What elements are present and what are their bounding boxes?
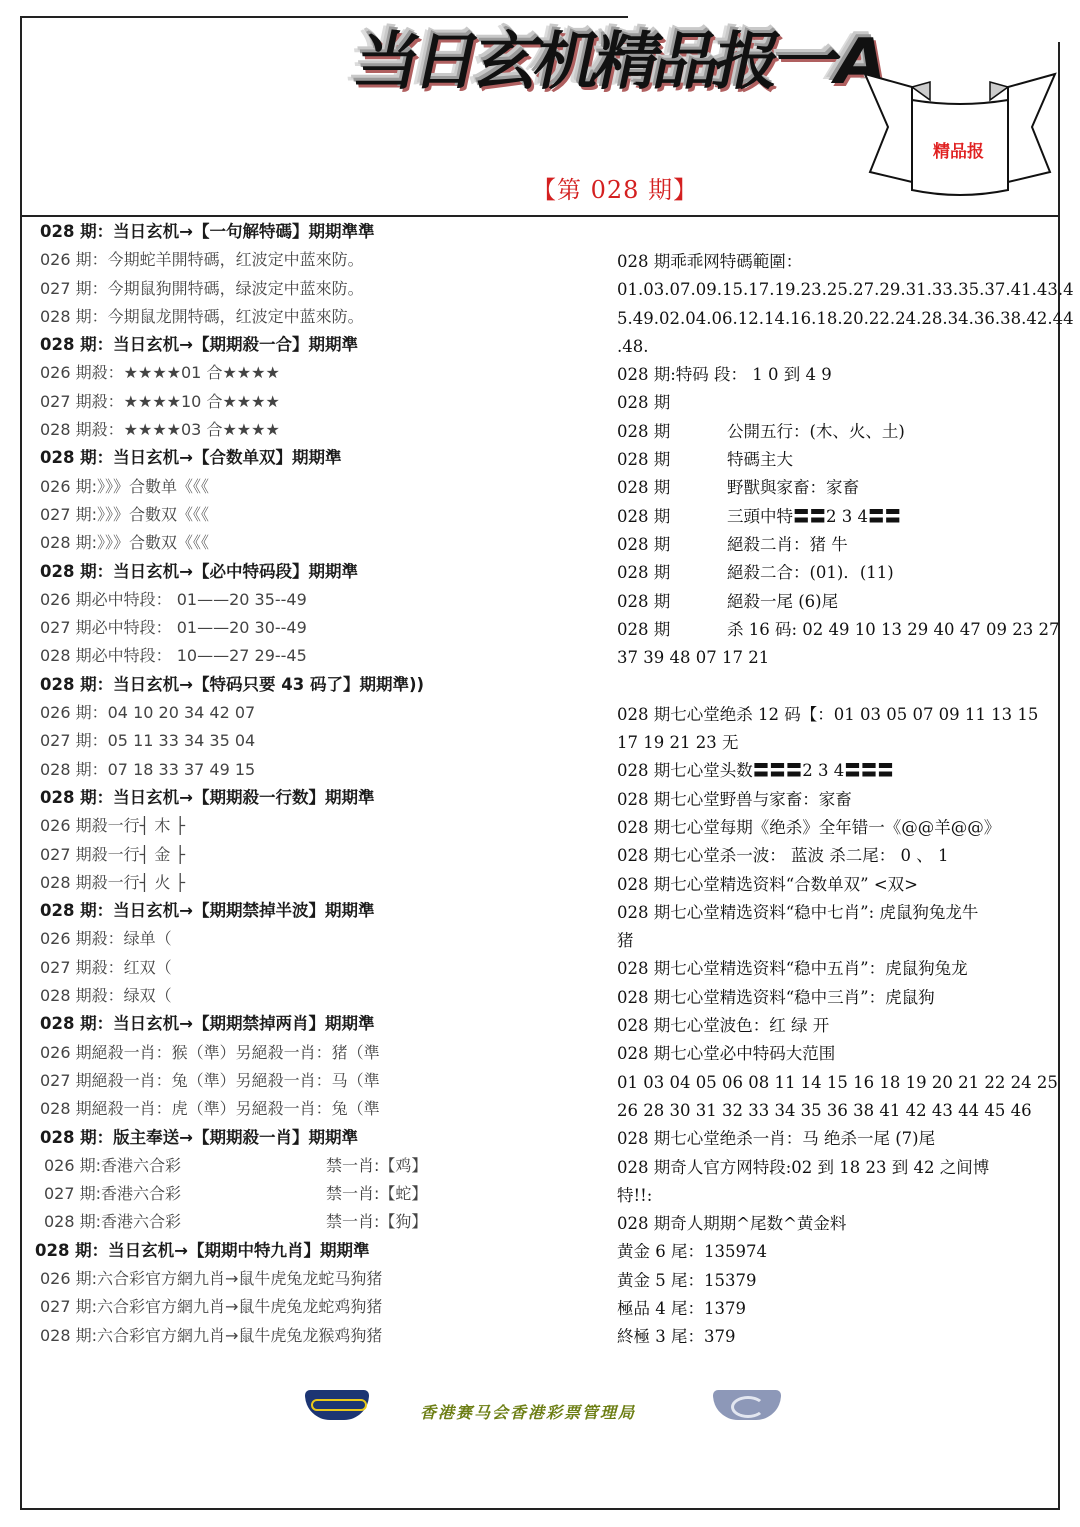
list-item: 027 期：今期鼠狗開特碼，绿波定中蓝來防。 <box>40 275 510 303</box>
footer-text: 香港赛马会香港彩票管理局 <box>420 1400 636 1423</box>
list-item: 026 期殺一行┤ 木 ├ <box>40 812 510 840</box>
item-value: 杀 16 码: 02 49 10 13 29 40 47 09 23 27 <box>727 620 1059 639</box>
list-item: 027 期:香港六合彩禁一肖:【蛇】 <box>40 1180 510 1208</box>
frame-top-border <box>21 16 628 18</box>
right-column: 028 期乖乖网特碼範圍： 01.03.07.09.15.17.19.23.25… <box>617 248 1047 1352</box>
range-line: 01.03.07.09.15.17.19.23.25.27.29.31.33.3… <box>617 276 1047 304</box>
qixin-line: 028 期七心堂头数〓〓〓2 3 4〓〓〓 <box>617 757 1047 785</box>
list-item: 026 期:》》》合數单《《《 <box>40 473 510 501</box>
section-heading: 028 期：当日玄机→【特码只要 43 码了】期期準)) <box>40 671 510 699</box>
section-heading: 028 期：当日玄机→【期期中特九肖】期期準 <box>35 1237 510 1265</box>
row-value: 禁一肖:【狗】 <box>326 1212 427 1231</box>
list-item: 028 期：07 18 33 37 49 15 <box>40 756 510 784</box>
section-43-codes: 028 期：当日玄机→【特码只要 43 码了】期期準)) 026 期：04 10… <box>40 671 510 784</box>
qixin-line: 01 03 04 05 06 08 11 14 15 16 18 19 20 2… <box>617 1069 1047 1097</box>
qixin-line: 028 期七心堂必中特码大范围 <box>617 1040 1047 1068</box>
item-value: 公開五行：(木、火、土) <box>727 422 905 441</box>
period-label: 028 期 <box>617 616 727 644</box>
item-value: 絕殺二合：(01)．(11) <box>727 563 894 582</box>
period-label: 028 期 <box>617 474 727 502</box>
list-item: 027 期殺：红双（ <box>40 954 510 982</box>
row-value: 禁一肖:【蛇】 <box>326 1184 427 1203</box>
list-item: 027 期殺一行┤ 金 ├ <box>40 841 510 869</box>
period-label: 028 期 <box>617 531 727 559</box>
section-heading: 028 期：当日玄机→【期期殺一行数】期期準 <box>40 784 510 812</box>
list-item: 026 期:香港六合彩禁一肖:【鸡】 <box>40 1152 510 1180</box>
list-item: 026 期：今期蛇羊開特碼，红波定中蓝來防。 <box>40 246 510 274</box>
list-item: 026 期殺：绿单（ <box>40 925 510 953</box>
item-value: 三頭中特〓〓2 3 4〓〓 <box>727 507 901 526</box>
list-item: 028 期:六合彩官方網九肖→鼠牛虎兔龙猴鸡狗猪 <box>40 1322 510 1350</box>
qixin-line: 028 期七心堂精选资料“稳中七肖”: 虎鼠狗兔龙牛 <box>617 899 1047 927</box>
frame-bottom-border <box>20 1508 1060 1510</box>
period-label: 028 期 <box>617 588 727 616</box>
row-label: 026 期:香港六合彩 <box>44 1152 326 1180</box>
list-item: 028 期三頭中特〓〓2 3 4〓〓 <box>617 503 1047 531</box>
list-item: 026 期：04 10 20 34 42 07 <box>40 699 510 727</box>
list-item: 027 期殺：★★★★10 合★★★★ <box>40 388 510 416</box>
left-column: 028 期：当日玄机→【一句解特碼】期期準準 026 期：今期蛇羊開特碼，红波定… <box>40 218 510 1350</box>
period-label: 028 期 <box>617 503 727 531</box>
qixin-line: 028 期七心堂野兽与家畜：家畜 <box>617 786 1047 814</box>
section-kill-element: 028 期：当日玄机→【期期殺一行数】期期準 026 期殺一行┤ 木 ├ 027… <box>40 784 510 897</box>
list-item: 027 期必中特段： 01——20 30--49 <box>40 614 510 642</box>
qixin-line: 028 期七心堂绝杀 12 码【：01 03 05 07 09 11 13 15 <box>617 701 1047 729</box>
list-item: 028 期殺：绿双（ <box>40 982 510 1010</box>
list-item: 028 期特碼主大 <box>617 446 1047 474</box>
section-half-wave: 028 期：当日玄机→【期期禁掉半波】期期準 026 期殺：绿单（ 027 期殺… <box>40 897 510 1010</box>
list-item: 028 期必中特段： 10——27 29--45 <box>40 642 510 670</box>
list-item: 028 期杀 16 码: 02 49 10 13 29 40 47 09 23 … <box>617 616 1047 644</box>
list-item: 028 期絕殺二合：(01)．(11) <box>617 559 1047 587</box>
list-item: 026 期絕殺一肖：猴（準）另絕殺一肖：猪（準 <box>40 1039 510 1067</box>
qixin-line: 028 期七心堂每期《绝杀》全年错一《@@羊@@》 <box>617 814 1047 842</box>
gold-line: 極品 4 尾：1379 <box>617 1295 1047 1323</box>
list-item: 027 期：05 11 33 34 35 04 <box>40 727 510 755</box>
qixin-line: 028 期七心堂精选资料“稳中三肖”：虎鼠狗 <box>617 984 1047 1012</box>
section-heading: 028 期：版主奉送→【期期殺一肖】期期準 <box>40 1124 510 1152</box>
row-label: 028 期:香港六合彩 <box>44 1208 326 1236</box>
period-label: 028 期 <box>617 559 727 587</box>
list-item: 026 期:六合彩官方網九肖→鼠牛虎兔龙蛇马狗猪 <box>40 1265 510 1293</box>
section-kill-one-sum: 028 期：当日玄机→【期期殺一合】期期準 026 期殺：★★★★01 合★★★… <box>40 331 510 444</box>
gold-title: 028 期奇人期期^尾数^黄金料 <box>617 1210 1047 1238</box>
list-item: 028 期:香港六合彩禁一肖:【狗】 <box>40 1208 510 1236</box>
item-value: 絕殺二肖：猪 牛 <box>727 535 848 554</box>
segment-line: 028 期:特码 段： 1 0 到 4 9 <box>617 361 1047 389</box>
range-line: .48. <box>617 333 1047 361</box>
list-item: 027 期:六合彩官方網九肖→鼠牛虎兔龙蛇鸡狗猪 <box>40 1293 510 1321</box>
qixin-line: 028 期七心堂精选资料“稳中五肖”：虎鼠狗兔龙 <box>617 955 1047 983</box>
row-label: 027 期:香港六合彩 <box>44 1180 326 1208</box>
qixin-line: 特!!: <box>617 1182 1047 1210</box>
list-item: 028 期公開五行：(木、火、土) <box>617 418 1047 446</box>
section-odd-even: 028 期：当日玄机→【合数单双】期期準 026 期:》》》合數单《《《 027… <box>40 444 510 557</box>
kill16-continued: 37 39 48 07 17 21 <box>617 644 1047 672</box>
section-special-segment: 028 期：当日玄机→【必中特码段】期期準 026 期必中特段： 01——20 … <box>40 558 510 671</box>
range-title: 028 期乖乖网特碼範圍： <box>617 248 1047 276</box>
jockey-club-logo-icon <box>305 1390 369 1420</box>
qixin-line: 17 19 21 23 无 <box>617 729 1047 757</box>
qixin-line: 028 期七心堂波色：红 绿 开 <box>617 1012 1047 1040</box>
list-item: 028 期絕殺一肖：虎（準）另絕殺一肖：兔（準 <box>40 1095 510 1123</box>
list-item: 028 期殺：★★★★03 合★★★★ <box>40 416 510 444</box>
item-value: 特碼主大 <box>727 450 793 469</box>
section-heading: 028 期：当日玄机→【一句解特碼】期期準準 <box>40 218 510 246</box>
list-item: 028 期：今期鼠龙開特碼，红波定中蓝來防。 <box>40 303 510 331</box>
section-heading: 028 期：当日玄机→【期期殺一合】期期準 <box>40 331 510 359</box>
section-nine-zodiacs: 028 期：当日玄机→【期期中特九肖】期期準 026 期:六合彩官方網九肖→鼠牛… <box>40 1237 510 1350</box>
item-value: 絕殺一尾 (6)尾 <box>727 592 838 611</box>
frame-left-border <box>20 16 22 1510</box>
list-item: 027 期:》》》合數双《《《 <box>40 501 510 529</box>
gold-line: 終極 3 尾：379 <box>617 1323 1047 1351</box>
list-item: 028 期絕殺一尾 (6)尾 <box>617 588 1047 616</box>
ribbon-badge-label: 精品报 <box>933 137 984 162</box>
footer: 香港赛马会香港彩票管理局 <box>305 1390 785 1430</box>
qixin-line: 028 期七心堂杀一波： 蓝波 杀二尾： 0 、 1 <box>617 842 1047 870</box>
list-item: 026 期殺：★★★★01 合★★★★ <box>40 359 510 387</box>
list-item: 028 期野獸與家畜：家畜 <box>617 474 1047 502</box>
section-heading: 028 期：当日玄机→【合数单双】期期準 <box>40 444 510 472</box>
range-line: 5.49.02.04.06.12.14.16.18.20.22.24.28.34… <box>617 305 1047 333</box>
qixin-line: 028 期奇人官方网特段:02 到 18 23 到 42 之间博 <box>617 1154 1047 1182</box>
qixin-line: 26 28 30 31 32 33 34 35 36 38 41 42 43 4… <box>617 1097 1047 1125</box>
section-heading: 028 期：当日玄机→【期期禁掉半波】期期準 <box>40 897 510 925</box>
period-line: 028 期 <box>617 389 1047 417</box>
page-title: 当日玄机精品报一A <box>347 24 888 100</box>
period-label: 028 期 <box>617 418 727 446</box>
list-item: 026 期必中特段： 01——20 35--49 <box>40 586 510 614</box>
qixin-line: 028 期七心堂绝杀一肖：马 绝杀一尾 (7)尾 <box>617 1125 1047 1153</box>
spacer <box>617 672 1047 700</box>
qixin-line: 028 期七心堂精选资料“合数单双” <双> <box>617 871 1047 899</box>
frame-right-border <box>1058 42 1060 1510</box>
section-kill-one-zodiac: 028 期：版主奉送→【期期殺一肖】期期準 026 期:香港六合彩禁一肖:【鸡】… <box>40 1124 510 1237</box>
section-one-phrase: 028 期：当日玄机→【一句解特碼】期期準準 026 期：今期蛇羊開特碼，红波定… <box>40 218 510 331</box>
section-heading: 028 期：当日玄机→【必中特码段】期期準 <box>40 558 510 586</box>
header-divider <box>21 215 1060 217</box>
row-value: 禁一肖:【鸡】 <box>326 1156 427 1175</box>
qixin-line: 猪 <box>617 927 1047 955</box>
gold-line: 黄金 5 尾：15379 <box>617 1267 1047 1295</box>
lottery-board-logo-icon <box>713 1390 781 1420</box>
gold-line: 黄金 6 尾：135974 <box>617 1238 1047 1266</box>
list-item: 028 期絕殺二肖：猪 牛 <box>617 531 1047 559</box>
period-label: 028 期 <box>617 446 727 474</box>
section-heading: 028 期：当日玄机→【期期禁掉两肖】期期準 <box>40 1010 510 1038</box>
list-item: 028 期殺一行┤ 火 ├ <box>40 869 510 897</box>
section-two-zodiacs: 028 期：当日玄机→【期期禁掉两肖】期期準 026 期絕殺一肖：猴（準）另絕殺… <box>40 1010 510 1123</box>
list-item: 028 期:》》》合數双《《《 <box>40 529 510 557</box>
item-value: 野獸與家畜：家畜 <box>727 478 859 497</box>
list-item: 027 期絕殺一肖：兔（準）另絕殺一肖：马（準 <box>40 1067 510 1095</box>
issue-number: 【第 028 期】 <box>532 170 698 205</box>
